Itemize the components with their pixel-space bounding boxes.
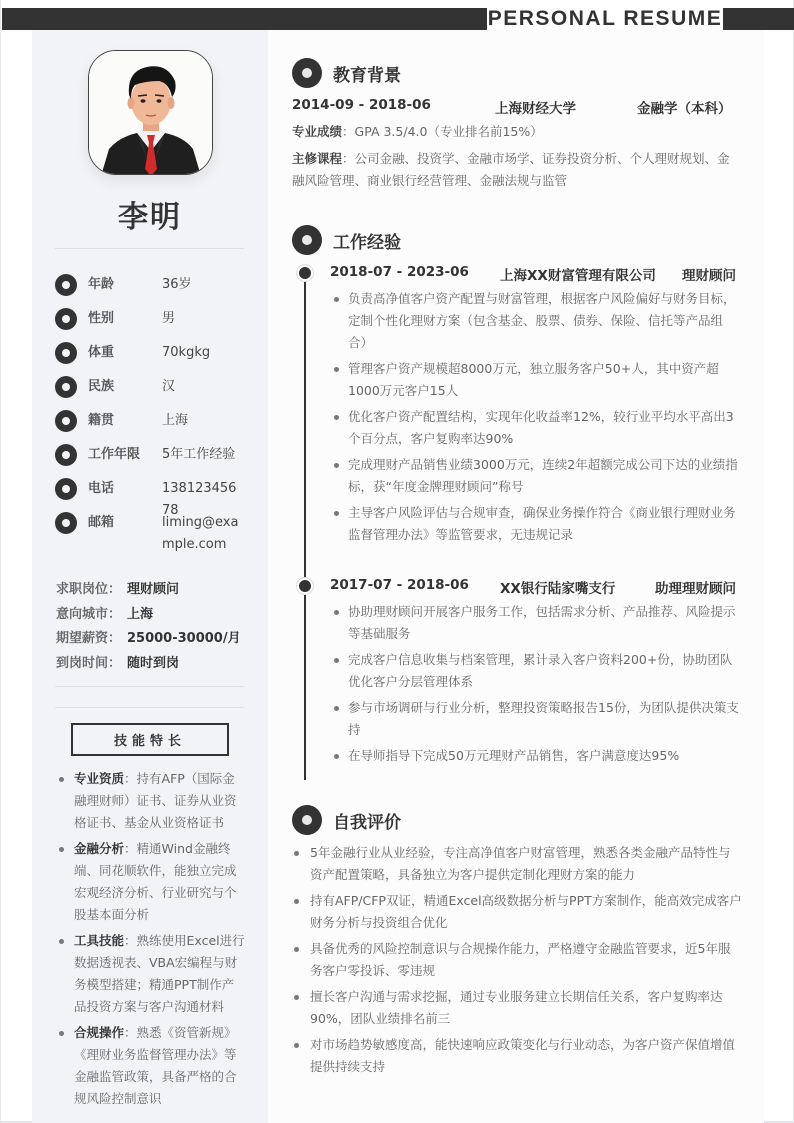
section-education-header: 教育背景 <box>292 58 401 88</box>
job-bullet: 负责高净值客户资产配置与财富管理，根据客户风险偏好与财务目标，定制个性化理财方案… <box>330 288 740 354</box>
courses-value: 公司金融、投资学、金融市场学、证券投资分析、个人理财规划、金融风险管理、商业银行… <box>292 151 730 188</box>
info-label: 性别 <box>88 308 162 330</box>
job-bullet: 参与市场调研与行业分析，整理投资策略报告15份，为团队提供决策支持 <box>330 697 740 741</box>
info-value: 上海 <box>162 410 244 432</box>
education-courses: 主修课程：公司金融、投资学、金融市场学、证券投资分析、个人理财规划、金融风险管理… <box>292 148 742 192</box>
education-school: 上海财经大学 <box>495 97 637 117</box>
job-intent-row: 期望薪资： 25000-30000/月 <box>56 627 256 652</box>
info-value: 5年工作经验 <box>162 444 244 466</box>
timeline-dot-icon <box>297 578 313 594</box>
job-bullets: 协助理财顾问开展客户服务工作，包括需求分析、产品推荐、风险提示等基础服务 完成客… <box>330 601 740 771</box>
ring-icon <box>55 478 77 500</box>
job-position: 助理理财顾问 <box>655 577 736 597</box>
skill-item: 专业资质：持有AFP（国际金融理财师）证书、证券从业资格证书、基金从业资格证书 <box>56 768 246 834</box>
job-intent-value: 随时到岗 <box>127 652 179 677</box>
avatar <box>88 50 213 175</box>
gpa-label: 专业成绩 <box>292 124 342 139</box>
info-value: 男 <box>162 308 244 330</box>
job-bullets: 负责高净值客户资产配置与财富管理，根据客户风险偏好与财务目标，定制个性化理财方案… <box>330 288 740 550</box>
education-major: 金融学（本科） <box>637 97 732 117</box>
ring-icon <box>55 274 77 296</box>
section-self-eval-header: 自我评价 <box>292 805 401 835</box>
job-intent-value: 25000-30000/月 <box>127 627 241 652</box>
section-ring-icon <box>292 225 322 255</box>
email-link[interactable]: liming@example.com <box>162 512 244 556</box>
job-intent-label: 意向城市： <box>56 603 127 628</box>
skill-sep: ： <box>124 841 137 856</box>
info-label: 体重 <box>88 342 162 364</box>
info-row-experience: 工作年限 5年工作经验 <box>55 444 255 478</box>
job-intent-label: 到岗时间： <box>56 652 127 677</box>
divider <box>55 707 244 708</box>
courses-label: 主修课程 <box>292 151 342 166</box>
skills-title-box: 技能特长 <box>71 723 229 756</box>
resume-page: PERSONAL RESUME <box>0 0 794 1123</box>
info-row-age: 年龄 36岁 <box>55 274 255 308</box>
skill-head: 工具技能 <box>74 933 124 948</box>
section-work-header: 工作经验 <box>292 225 401 255</box>
job-intent-list: 求职岗位： 理财顾问 意向城市： 上海 期望薪资： 25000-30000/月 … <box>56 578 256 676</box>
job-header: 2018-07 - 2023-06 上海XX财富管理有限公司 理财顾问 <box>330 264 736 284</box>
ring-icon <box>55 444 77 466</box>
job-bullet: 主导客户风险评估与合规审查，确保业务操作符合《商业银行理财业务监督管理办法》等监… <box>330 502 740 546</box>
job-bullet: 协助理财顾问开展客户服务工作，包括需求分析、产品推荐、风险提示等基础服务 <box>330 601 740 645</box>
job-intent-row: 求职岗位： 理财顾问 <box>56 578 256 603</box>
job-header: 2017-07 - 2018-06 XX银行陆家嘴支行 助理理财顾问 <box>330 577 736 597</box>
section-ring-icon <box>292 805 322 835</box>
skill-head: 合规操作 <box>74 1025 124 1040</box>
info-row-hometown: 籍贯 上海 <box>55 410 255 444</box>
info-label: 邮箱 <box>88 512 162 534</box>
info-label: 工作年限 <box>88 444 162 466</box>
skill-sep: ： <box>124 933 137 948</box>
skill-sep: ： <box>124 771 137 786</box>
gpa-sep: ： <box>342 124 355 139</box>
skill-item: 合规操作：熟悉《资管新规》《理财业务监督管理办法》等金融监管政策，具备严格的合规… <box>56 1022 246 1110</box>
skill-item: 金融分析：精通Wind金融终端、同花顺软件，能独立完成宏观经济分析、行业研究与个… <box>56 838 246 926</box>
info-value: 70kgkg <box>162 342 244 364</box>
ring-icon <box>55 410 77 432</box>
ring-icon <box>55 308 77 330</box>
ring-icon <box>55 512 77 534</box>
personal-info-list: 年龄 36岁 性别 男 体重 70kgkg 民族 汉 籍贯 上海 <box>55 274 255 564</box>
self-eval-item: 对市场趋势敏感度高，能快速响应政策变化与行业动态，为客户资产保值增值提供持续支持 <box>292 1034 742 1078</box>
info-label: 年龄 <box>88 274 162 296</box>
job-intent-label: 期望薪资： <box>56 627 127 652</box>
job-position: 理财顾问 <box>682 264 736 284</box>
job-company: 上海XX财富管理有限公司 <box>500 264 682 284</box>
avatar-illustration-icon <box>89 51 213 175</box>
info-row-weight: 体重 70kgkg <box>55 342 255 376</box>
section-ring-icon <box>292 58 322 88</box>
job-intent-value: 理财顾问 <box>127 578 179 603</box>
education-gpa: 专业成绩：GPA 3.5/4.0（专业排名前15%） <box>292 121 742 143</box>
skill-head: 专业资质 <box>74 771 124 786</box>
info-row-email: 邮箱 liming@example.com <box>55 512 255 564</box>
job-bullet: 完成理财产品销售业绩3000万元，连续2年超额完成公司下达的业绩指标，获“年度金… <box>330 454 740 498</box>
courses-sep: ： <box>342 151 355 166</box>
ring-icon <box>55 342 77 364</box>
section-title: 工作经验 <box>333 228 401 253</box>
info-row-ethnicity: 民族 汉 <box>55 376 255 410</box>
header-title: PERSONAL RESUME <box>488 7 722 31</box>
divider <box>55 686 244 687</box>
skill-item: 工具技能：熟练使用Excel进行数据透视表、VBA宏编程与财务模型搭建；精通PP… <box>56 930 246 1018</box>
timeline-dot-icon <box>297 265 313 281</box>
info-row-phone: 电话 13812345678 <box>55 478 255 512</box>
job-intent-label: 求职岗位： <box>56 578 127 603</box>
self-eval-list: 5年金融行业从业经验，专注高净值客户财富管理，熟悉各类金融产品特性与资产配置策略… <box>292 842 742 1082</box>
self-eval-item: 持有AFP/CFP双证，精通Excel高级数据分析与PPT方案制作，能高效完成客… <box>292 890 742 934</box>
info-row-gender: 性别 男 <box>55 308 255 342</box>
job-date: 2017-07 - 2018-06 <box>330 577 500 597</box>
info-value: 汉 <box>162 376 244 398</box>
ring-icon <box>55 376 77 398</box>
info-label: 电话 <box>88 478 162 500</box>
education-row: 2014-09 - 2018-06 上海财经大学 金融学（本科） <box>292 97 732 117</box>
job-company: XX银行陆家嘴支行 <box>500 577 655 597</box>
section-title: 自我评价 <box>333 808 401 833</box>
main-content: 教育背景 2014-09 - 2018-06 上海财经大学 金融学（本科） 专业… <box>268 30 764 1123</box>
info-label: 籍贯 <box>88 410 162 432</box>
job-intent-row: 意向城市： 上海 <box>56 603 256 628</box>
timeline-line <box>304 272 306 780</box>
skill-sep: ： <box>124 1025 137 1040</box>
gpa-value: GPA 3.5/4.0（专业排名前15%） <box>355 124 543 139</box>
divider <box>55 248 244 249</box>
skills-list: 专业资质：持有AFP（国际金融理财师）证书、证券从业资格证书、基金从业资格证书 … <box>56 768 246 1114</box>
job-bullet: 优化客户资产配置结构，实现年化收益率12%，较行业平均水平高出3个百分点，客户复… <box>330 406 740 450</box>
info-label: 民族 <box>88 376 162 398</box>
self-eval-item: 擅长客户沟通与需求挖掘，通过专业服务建立长期信任关系，客户复购率达90%，团队业… <box>292 986 742 1030</box>
info-value: 36岁 <box>162 274 244 296</box>
profile-name: 李明 <box>32 192 268 236</box>
section-title: 教育背景 <box>333 61 401 86</box>
self-eval-item: 具备优秀的风险控制意识与合规操作能力，严格遵守金融监管要求，近5年服务客户零投诉… <box>292 938 742 982</box>
job-intent-value: 上海 <box>127 603 153 628</box>
job-intent-row: 到岗时间： 随时到岗 <box>56 652 256 677</box>
job-bullet: 管理客户资产规模超8000万元，独立服务客户50+人，其中资产超1000万元客户… <box>330 358 740 402</box>
sidebar: 李明 年龄 36岁 性别 男 体重 70kgkg 民族 汉 <box>32 30 268 1123</box>
job-bullet: 在导师指导下完成50万元理财产品销售，客户满意度达95% <box>330 745 740 767</box>
skill-head: 金融分析 <box>74 841 124 856</box>
education-date: 2014-09 - 2018-06 <box>292 97 495 117</box>
self-eval-item: 5年金融行业从业经验，专注高净值客户财富管理，熟悉各类金融产品特性与资产配置策略… <box>292 842 742 886</box>
job-bullet: 完成客户信息收集与档案管理，累计录入客户资料200+份，协助团队优化客户分层管理… <box>330 649 740 693</box>
job-date: 2018-07 - 2023-06 <box>330 264 500 284</box>
